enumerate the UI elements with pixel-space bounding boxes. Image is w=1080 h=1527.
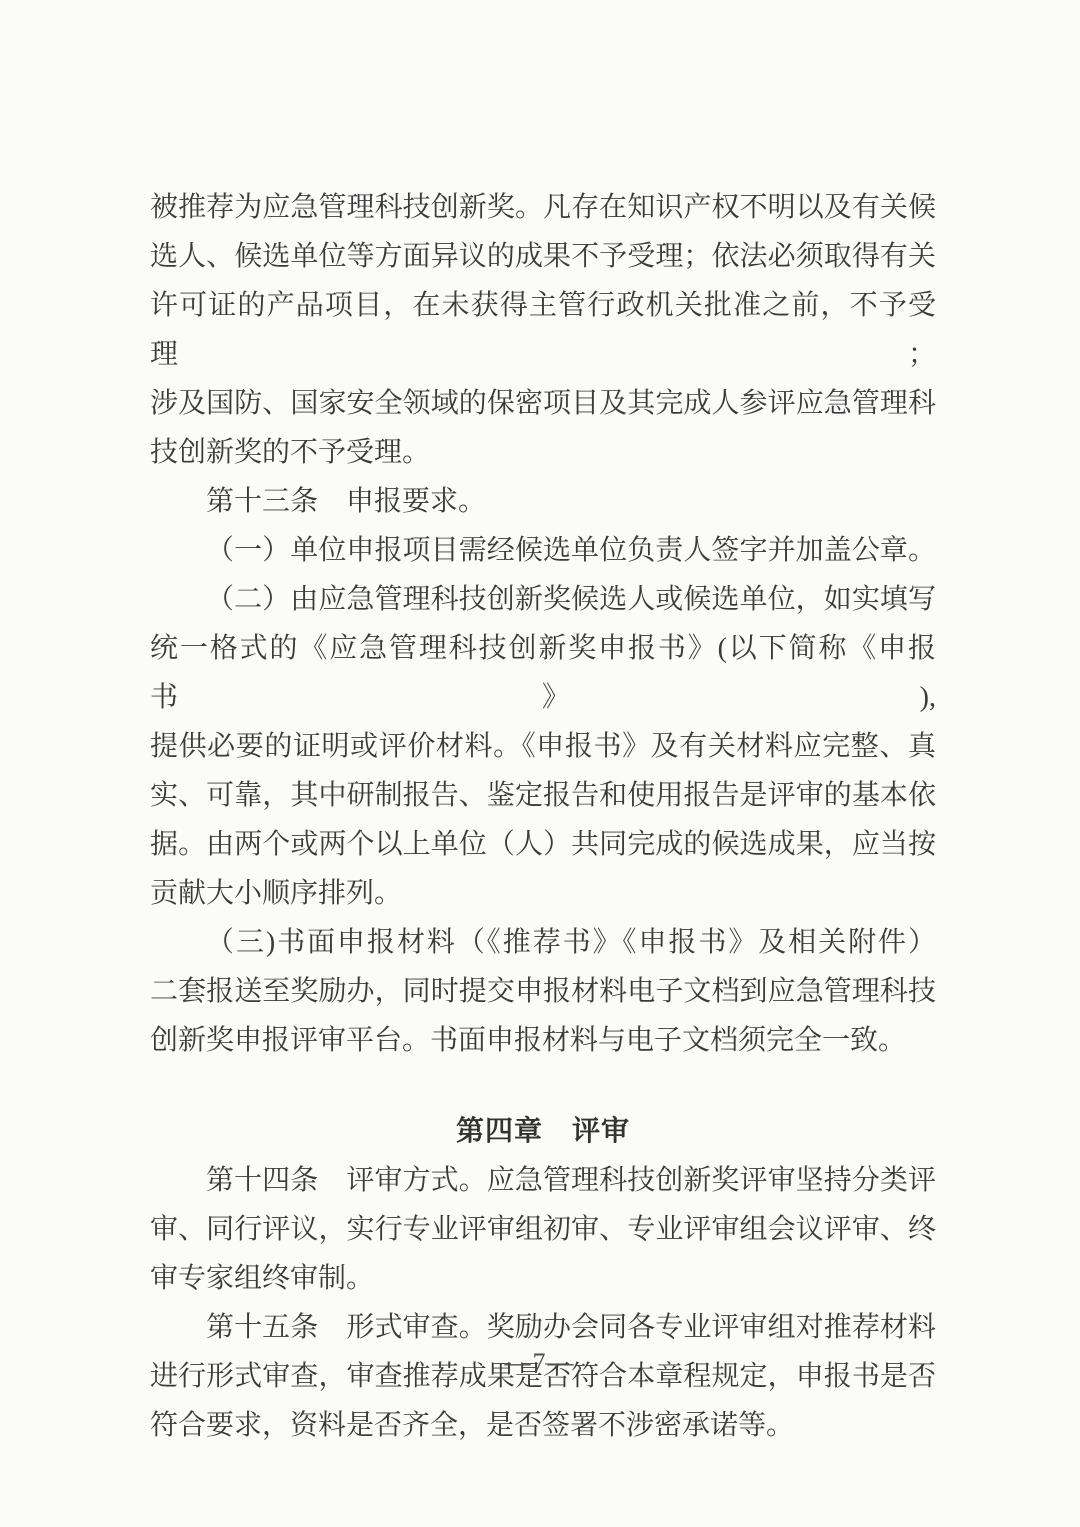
text-line: 技创新奖的不予受理。 [150,428,936,477]
text-line: 审、同行评议，实行专业评审组初审、专业评审组会议评审、终 [150,1205,936,1254]
text-line: 贡献大小顺序排列。 [150,869,936,918]
text-line: 第十四条 评审方式。应急管理科技创新奖评审坚持分类评 [150,1156,936,1205]
text-line: 创新奖申报评审平台。书面申报材料与电子文档须完全一致。 [150,1016,936,1065]
text-line: 许可证的产品项目，在未获得主管行政机关批准之前，不予受理； [150,281,936,379]
text-line: 二套报送至奖励办，同时提交申报材料电子文档到应急管理科技 [150,967,936,1016]
text-line: 据。由两个或两个以上单位（人）共同完成的候选成果，应当按 [150,820,936,869]
chapter-heading: 第四章 评审 [150,1107,936,1156]
text-line: 选人、候选单位等方面异议的成果不予受理；依法必须取得有关 [150,232,936,281]
text-line: 涉及国防、国家安全领域的保密项目及其完成人参评应急管理科 [150,379,936,428]
text-line: 第十五条 形式审查。奖励办会同各专业评审组对推荐材料 [150,1303,936,1352]
text-line: （三)书面申报材料（《推荐书》《申报书》及相关附件） [150,918,936,967]
text-line: 提供必要的证明或评价材料。《申报书》及有关材料应完整、真 [150,722,936,771]
text-line: 被推荐为应急管理科技创新奖。凡存在知识产权不明以及有关候 [150,183,936,232]
page-number: —7— [0,1348,1080,1378]
document-body: 被推荐为应急管理科技创新奖。凡存在知识产权不明以及有关候选人、候选单位等方面异议… [150,183,936,1450]
document-page: 被推荐为应急管理科技创新奖。凡存在知识产权不明以及有关候选人、候选单位等方面异议… [0,0,1080,1527]
text-line: 统一格式的《应急管理科技创新奖申报书》(以下简称《申报书》), [150,624,936,722]
text-line: 符合要求，资料是否齐全，是否签署不涉密承诺等。 [150,1401,936,1450]
text-line: 第十三条 申报要求。 [150,477,936,526]
text-line: （一）单位申报项目需经候选单位负责人签字并加盖公章。 [150,526,936,575]
text-line: 审专家组终审制。 [150,1254,936,1303]
text-line: （二）由应急管理科技创新奖候选人或候选单位，如实填写 [150,575,936,624]
text-line: 实、可靠，其中研制报告、鉴定报告和使用报告是评审的基本依 [150,771,936,820]
